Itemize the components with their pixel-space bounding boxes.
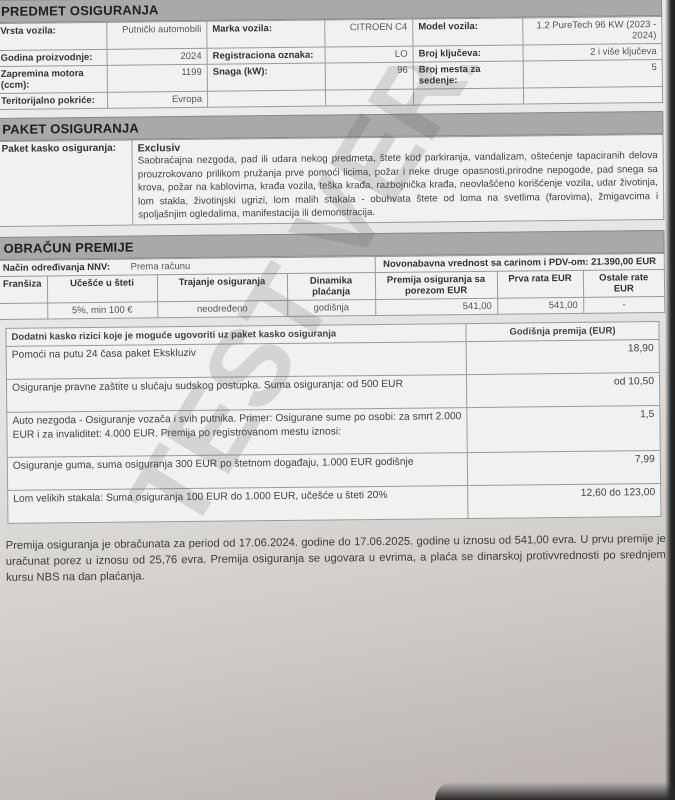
extra-risk-description: Auto nezgoda - Osiguranje vozača i svih … bbox=[7, 408, 467, 458]
premium-column-header: Premija osiguranja sa porezom EUR bbox=[375, 271, 497, 299]
extra-risk-row: Lom velikih stakala: Suma osiguranja 100… bbox=[8, 484, 661, 524]
extra-risk-description: Osiguranje pravne zaštite u slučaju suds… bbox=[6, 375, 466, 413]
section-vehicle: PREDMET OSIGURANJA Vrsta vozila:Putnički… bbox=[0, 0, 663, 110]
vehicle-value: 1199 bbox=[107, 64, 207, 92]
premium-column-header: Dinamika plaćanja bbox=[287, 272, 375, 300]
extra-risk-premium: 18,90 bbox=[466, 340, 659, 375]
premium-cell bbox=[0, 302, 47, 319]
package-table: Paket kasko osiguranja: Exclusiv Saobrać… bbox=[0, 134, 664, 226]
vehicle-label: Registraciona oznaka: bbox=[207, 47, 325, 64]
vehicle-label: Vrsta vozila: bbox=[0, 22, 107, 50]
extra-risk-premium: 7,99 bbox=[467, 451, 660, 486]
premium-column-header: Ostale rate EUR bbox=[583, 269, 665, 297]
section-package: PAKET OSIGURANJA Paket kasko osiguranja:… bbox=[0, 111, 664, 226]
premium-cell: godišnja bbox=[287, 299, 375, 316]
premium-cell: 5%, min 100 € bbox=[47, 301, 157, 318]
vehicle-label: Marka vozila: bbox=[207, 20, 325, 48]
vehicle-label: Snaga (kW): bbox=[207, 63, 325, 91]
premium-column-header: Trajanje osiguranja bbox=[157, 273, 287, 301]
vehicle-value: 1.2 PureTech 96 KW (2023 - 2024) bbox=[523, 17, 662, 45]
vehicle-value: 96 bbox=[325, 62, 413, 90]
nnv-label: Način određivanja NNV: bbox=[3, 261, 110, 273]
extra-risk-row: Auto nezgoda - Osiguranje vozača i svih … bbox=[7, 406, 660, 458]
premium-column-header: Franšiza bbox=[0, 275, 47, 303]
vehicle-label bbox=[207, 90, 325, 107]
vehicle-value: Putnički automobili bbox=[107, 21, 207, 49]
extra-risk-description: Pomoći na putu 24 časa paket Ekskluziv bbox=[6, 342, 466, 380]
vehicle-label: Broj ključeva: bbox=[413, 45, 523, 62]
insurance-document-page: PREDMET OSIGURANJA Vrsta vozila:Putnički… bbox=[0, 0, 670, 800]
vehicle-value: 2024 bbox=[107, 48, 207, 65]
vehicle-label: Model vozila: bbox=[413, 18, 523, 46]
section-premium: OBRAČUN PREMIJE Način određivanja NNV: P… bbox=[0, 229, 665, 319]
premium-column-header: Prva rata EUR bbox=[497, 270, 583, 298]
premium-cell: - bbox=[583, 296, 665, 313]
photo-corner-shadow bbox=[435, 782, 675, 800]
package-label: Paket kasko osiguranja: bbox=[0, 140, 133, 226]
premium-cell: 541,00 bbox=[375, 298, 497, 315]
premium-table: Način određivanja NNV: Prema računu Novo… bbox=[0, 252, 665, 319]
premium-cell: 541,00 bbox=[497, 297, 583, 314]
extra-risk-premium: 12,60 do 123,00 bbox=[468, 484, 661, 519]
extra-risk-description: Osiguranje guma, suma osiguranja 300 EUR… bbox=[7, 453, 467, 491]
vehicle-label: Godina proizvodnje: bbox=[0, 49, 107, 66]
extra-header-right: Godišnja premija (EUR) bbox=[466, 321, 659, 342]
premium-column-header: Učešće u šteti bbox=[47, 274, 157, 302]
premium-period-note: Premija osiguranja je obračunata za peri… bbox=[0, 531, 668, 586]
vehicle-value: 5 bbox=[523, 60, 662, 88]
vehicle-label bbox=[413, 88, 523, 105]
vehicle-label: Teritorijalno pokriće: bbox=[0, 92, 108, 109]
section-extra: Dodatni kasko rizici koje je moguće ugov… bbox=[5, 321, 661, 524]
vehicle-value: LO bbox=[325, 46, 413, 63]
vehicle-label: Broj mesta za sedenje: bbox=[413, 61, 523, 89]
vehicle-value bbox=[523, 87, 662, 104]
extra-risks-table: Dodatni kasko rizici koje je moguće ugov… bbox=[5, 321, 661, 524]
extra-risk-description: Lom velikih stakala: Suma osiguranja 100… bbox=[8, 486, 468, 524]
vehicle-table: Vrsta vozila:Putnički automobiliMarka vo… bbox=[0, 16, 663, 110]
extra-risk-premium: 1,5 bbox=[467, 406, 660, 453]
package-description: Saobraćajna nezgoda, pad ili udara nekog… bbox=[138, 149, 659, 222]
extra-risk-premium: od 10,50 bbox=[466, 373, 659, 408]
vehicle-value: 2 i više ključeva bbox=[523, 44, 662, 61]
vehicle-value: Evropa bbox=[107, 91, 207, 108]
premium-cell: neodređeno bbox=[157, 300, 287, 317]
photo-edge-shadow bbox=[665, 0, 675, 800]
vehicle-value bbox=[325, 89, 413, 106]
nnv-value: Prema računu bbox=[131, 260, 191, 272]
vehicle-label: Zapremina motora (ccm): bbox=[0, 65, 107, 93]
vehicle-value: CITROEN C4 bbox=[325, 19, 413, 47]
